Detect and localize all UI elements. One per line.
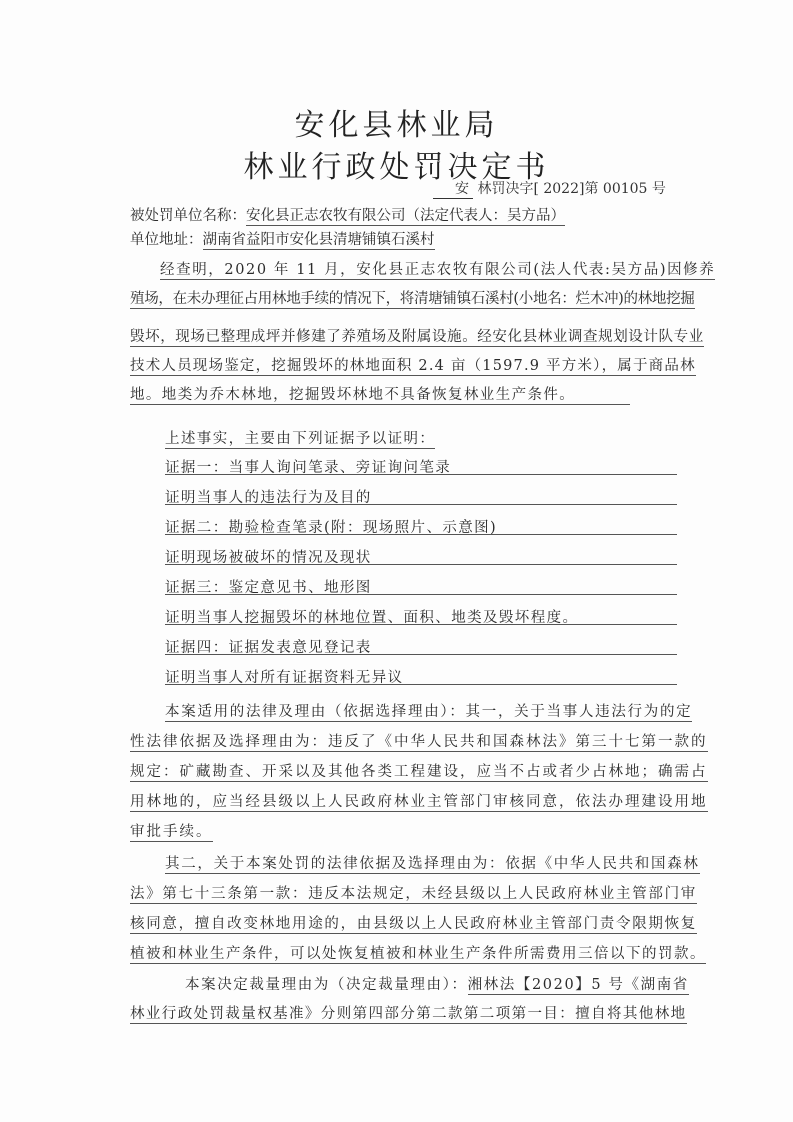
- underline-rule: [165, 564, 677, 565]
- underline-rule: [165, 474, 677, 475]
- underline-rule: [165, 504, 677, 505]
- discretion-value: 湘林法【2020】5 号《湖南省: [468, 977, 689, 995]
- underline-rule: [165, 654, 677, 655]
- law-basis-line: 规定：矿藏勘查、开采以及其他各类工程建设，应当不占或者少占林地；确需占: [130, 760, 708, 781]
- facts-line: 地。地类为乔木林地，挖掘毁坏林地不具备恢复林业生产条件。: [130, 383, 575, 404]
- agency-title: 安化县林业局: [0, 100, 793, 144]
- penalty-basis-line: 核同意，擅自改变林地用途的，由县级以上人民政府林业主管部门责令限期恢复: [130, 912, 697, 933]
- underline-rule: [165, 624, 677, 625]
- party-address-row: 单位地址：湖南省益阳市安化县清塘铺镇石溪村: [130, 228, 435, 249]
- party-name-row: 被处罚单位名称：安化县正志农牧有限公司（法定代表人：吴方品）: [130, 204, 565, 225]
- party-name-label: 被处罚单位名称：: [130, 208, 246, 224]
- law-basis-line: 性法律依据及选择理由为：违反了《中华人民共和国森林法》第三十七第一款的: [130, 730, 708, 751]
- document-page: 安化县林业局 林业行政处罚决定书 安 林罚决字[ 2022]第 00105 号 …: [0, 0, 793, 1122]
- facts-line: 殖场，在未办理征占用林地手续的情况下，将清塘铺镇石溪村(小地名：烂木冲)的林地挖…: [130, 287, 695, 308]
- facts-line: 技术人员现场鉴定，挖掘毁坏的林地面积 2.4 亩（1597.9 平方米），属于商…: [130, 354, 696, 375]
- doc-number-prefix: 安: [433, 178, 473, 199]
- underline-rule: [165, 594, 677, 595]
- discretion-line: 林业行政处罚裁量权基准》分则第四部分第二款第二项第一目：擅自将其他林地: [130, 1002, 687, 1023]
- facts-line: 经查明，2020 年 11 月，安化县正志农牧有限公司(法人代表:吴方品)因修养: [160, 258, 715, 279]
- penalty-basis-line: 法》第七十三条第一款：违反本法规定，未经县级以上人民政府林业主管部门审: [130, 882, 697, 903]
- discretion-line: 本案决定裁量理由为（决定裁量理由）：湘林法【2020】5 号《湖南省: [185, 973, 689, 994]
- law-basis-line: 本案适用的法律及理由（依据选择理由）：其一，关于当事人违法行为的定: [165, 700, 692, 721]
- underline-rule: [390, 404, 630, 405]
- party-address-value: 湖南省益阳市安化县清塘铺镇石溪村: [203, 232, 435, 250]
- document-title: 林业行政处罚决定书: [0, 142, 793, 186]
- facts-line: 毁坏，现场已整理成坪并修建了养殖场及附属设施。经安化县林业调查规划设计队专业: [130, 325, 704, 346]
- law-basis-line: 用林地的，应当经县级以上人民政府林业主管部门审核同意，依法办理建设用地: [130, 790, 708, 811]
- discretion-label: 本案决定裁量理由为（决定裁量理由）：: [185, 977, 468, 993]
- underline-rule: [165, 684, 677, 685]
- document-number: 安 林罚决字[ 2022]第 00105 号: [433, 178, 666, 199]
- penalty-basis-line: 植被和林业生产条件，可以处恢复植被和林业生产条件所需费用三倍以下的罚款。: [130, 942, 706, 963]
- party-address-label: 单位地址：: [130, 232, 203, 248]
- penalty-basis-line: 其二，关于本案处罚的法律依据及选择理由为：依据《中华人民共和国森林: [165, 852, 700, 873]
- doc-number-text: 林罚决字[ 2022]第 00105 号: [477, 181, 665, 197]
- law-basis-line: 审批手续。: [130, 820, 213, 841]
- party-name-value: 安化县正志农牧有限公司（法定代表人：吴方品）: [246, 208, 565, 226]
- evidence-intro: 上述事实，主要由下列证据予以证明：: [165, 427, 435, 448]
- underline-rule: [165, 534, 677, 535]
